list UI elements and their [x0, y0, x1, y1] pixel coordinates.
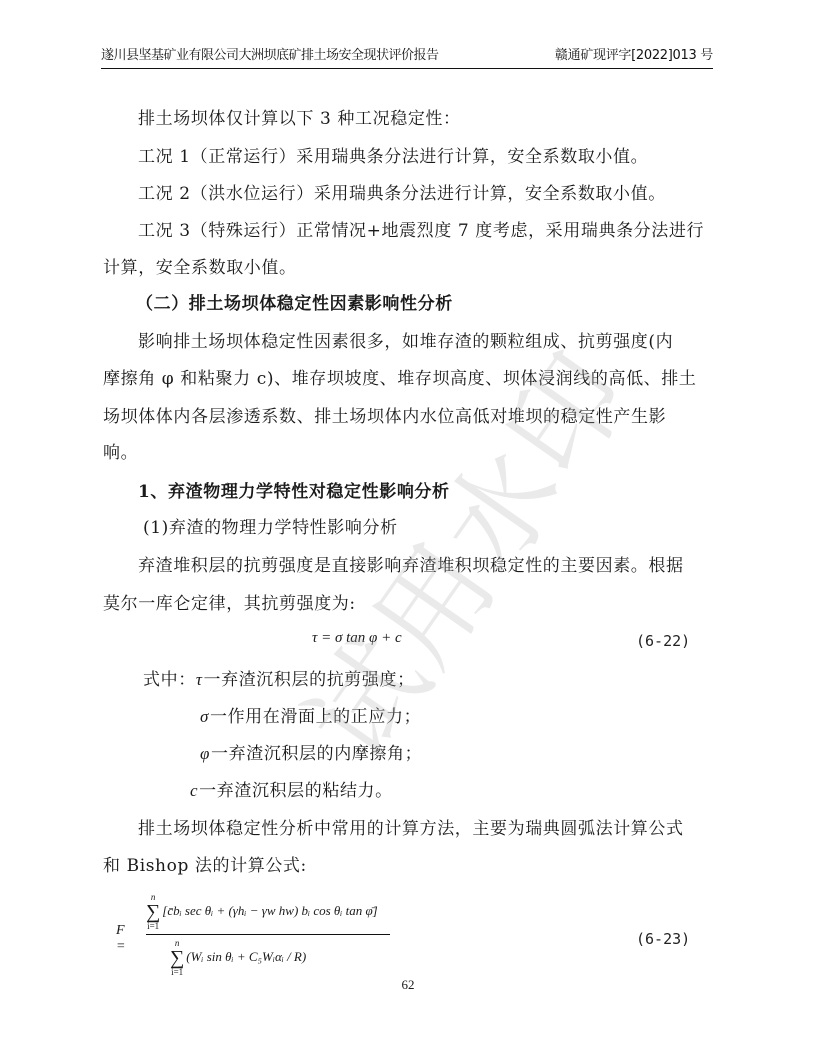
paragraph-methods-line-1: 排土场坝体稳定性分析中常用的计算方法，主要为瑞典圆弧法计算公式 [138, 818, 750, 840]
paragraph-intro: 排土场坝体仅计算以下 3 种工况稳定性： [138, 108, 750, 130]
header-report-title: 遂川县坚基矿业有限公司大洲坝底矿排土场安全现状评价报告 [101, 46, 439, 66]
sum-symbol: n ∑ i=1 [146, 893, 160, 931]
paragraph-factors-line-3: 场坝体体内各层渗透系数、排土场坝体内水位高低对堆坝的稳定性产生影 [103, 406, 715, 428]
symbol-c: c [190, 781, 198, 800]
definition-c-text: 一弃渣沉积层的粘结力。 [199, 781, 393, 801]
header-document-number: 赣通矿现评字[2022]013 号 [555, 46, 713, 66]
equation-6-22-text: τ = σ tan φ + c [312, 630, 402, 646]
equation-6-22-number: (6-22) [636, 632, 690, 650]
page-header: 遂川县坚基矿业有限公司大洲坝底矿排土场安全现状评价报告 赣通矿现评字[2022]… [101, 46, 713, 69]
page-number: 62 [0, 977, 816, 993]
paragraph-shear-line-2: 莫尔一库仑定律，其抗剪强度为: [103, 593, 715, 615]
paragraph-case-2: 工况 2（洪水位运行）采用瑞典条分法进行计算，安全系数取小值。 [138, 183, 750, 205]
paragraph-factors-line-4: 响。 [103, 442, 715, 464]
definition-phi: φ一弃渣沉积层的内摩擦角； [200, 743, 422, 765]
definition-sigma-text: 一作用在滑面上的正应力； [210, 707, 421, 727]
definition-tau-text: 一弃渣沉积层的抗剪强度； [204, 670, 415, 690]
paragraph-factors-line-1: 影响排土场坝体稳定性因素很多，如堆存渣的颗粒组成、抗剪强度(内 [138, 331, 750, 353]
section-heading-stability-factors: （二）排土场坝体稳定性因素影响性分析 [136, 293, 748, 315]
definition-sigma: σ一作用在滑面上的正应力； [200, 706, 421, 728]
equation-6-23-denominator: n ∑ i=1 (Wᵢ sin θᵢ + C₅Wᵢαᵢ / R) [170, 939, 306, 977]
where-label: 式中： [143, 670, 196, 690]
symbol-phi: φ [200, 744, 210, 763]
symbol-tau: τ [196, 670, 203, 689]
equation-6-23-lhs: F = [116, 923, 125, 955]
paragraph-shear-line-1: 弃渣堆积层的抗剪强度是直接影响弃渣堆积坝稳定性的主要因素。根据 [138, 555, 750, 577]
fraction-bar [146, 934, 390, 935]
subsection-heading-1-1: (1)弃渣的物理力学特性影响分析 [143, 517, 755, 539]
definition-tau: 式中：τ一弃渣沉积层的抗剪强度； [143, 669, 415, 691]
paragraph-methods-line-2: 和 Bishop 法的计算公式: [103, 855, 715, 877]
equation-6-23-numerator: n ∑ i=1 [c̄bᵢ sec θᵢ + (γhᵢ − γw hw) bᵢ … [146, 893, 378, 931]
equation-6-23-number: (6-23) [636, 930, 690, 948]
subsection-heading-1: 1、弃渣物理力学特性对稳定性影响分析 [138, 481, 750, 503]
definition-phi-text: 一弃渣沉积层的内摩擦角； [211, 744, 422, 764]
sum-symbol: n ∑ i=1 [170, 939, 184, 977]
paragraph-case-3-line-1: 工况 3（特殊运行）正常情况+地震烈度 7 度考虑，采用瑞典条分法进行 [138, 220, 750, 242]
definition-c: c一弃渣沉积层的粘结力。 [190, 780, 393, 802]
paragraph-case-3-line-2: 计算，安全系数取小值。 [103, 257, 715, 279]
equation-6-22: τ = σ tan φ + c [312, 630, 402, 647]
symbol-sigma: σ [200, 707, 209, 726]
paragraph-case-1: 工况 1（正常运行）采用瑞典条分法进行计算，安全系数取小值。 [138, 146, 750, 168]
paragraph-factors-line-2: 摩擦角 φ 和粘聚力 c)、堆存坝坡度、堆存坝高度、坝体浸润线的高低、排土 [103, 368, 715, 390]
